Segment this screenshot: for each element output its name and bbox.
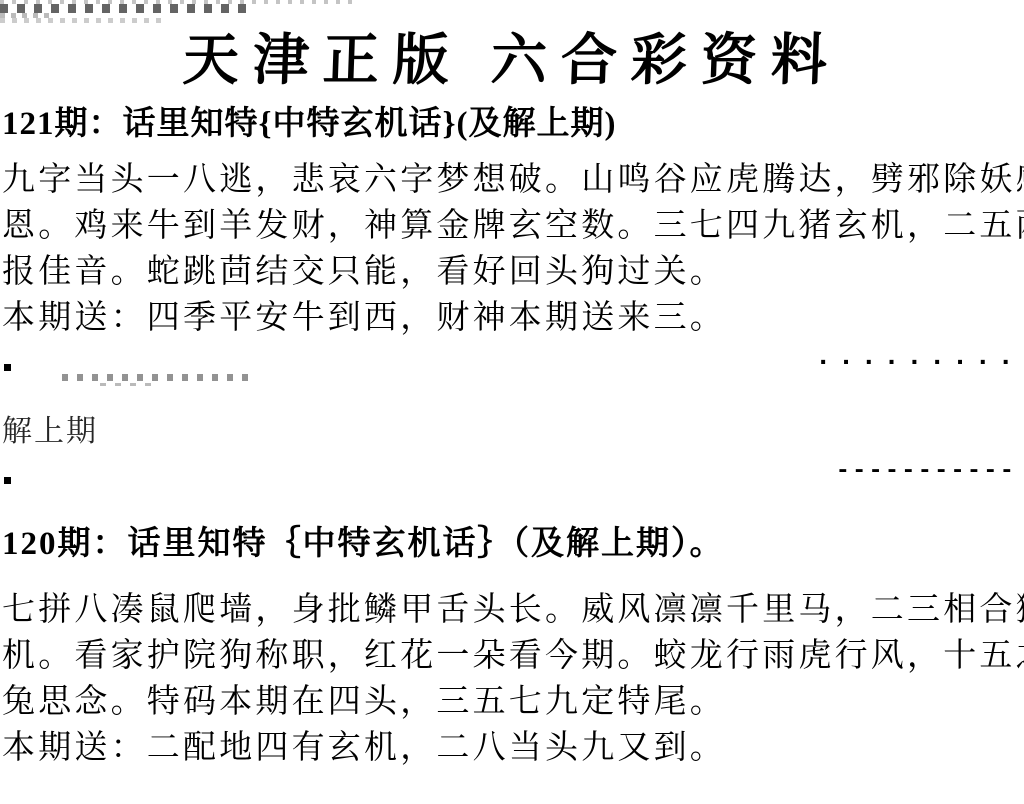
paragraph-line: 九字当头一八逃，悲哀六字梦想破。山鸣谷应虎腾达，劈邪除妖感深	[2, 157, 1024, 203]
document-page: 天津正版 六合彩资料 121期：话里知特{中特玄机话}(及解上期) 九字当头一八…	[0, 0, 1024, 804]
artifact-dot	[4, 364, 11, 371]
paragraph-line: 恩。鸡来牛到羊发财，神算金牌玄空数。三七四九猪玄机，二五两边	[2, 203, 1024, 249]
section-120-paragraph: 七拼八凑鼠爬墙，身批鳞甲舌头长。威风凛凛千里马，二三相合猴玄 机。看家护院狗称职…	[2, 587, 1024, 771]
section-121-heading: 121期：话里知特{中特玄机话}(及解上期)	[2, 97, 617, 144]
paragraph-line: 报佳音。蛇跳茴结交只能，看好回头狗过关。	[2, 249, 1024, 295]
paragraph-line: 机。看家护院狗称职，红花一朵看今期。蛟龙行雨虎行风，十五之夜	[2, 633, 1024, 679]
section-120-heading: 120期：话里知特｛中特玄机话｝（及解上期）。	[2, 517, 725, 564]
paragraph-line: 七拼八凑鼠爬墙，身批鳞甲舌头长。威风凛凛千里马，二三相合猴玄	[2, 587, 1024, 633]
erased-text-remnant	[0, 4, 248, 13]
jie-shang-qi-label: 解上期	[2, 406, 98, 450]
artifact-dot	[4, 477, 11, 484]
section-121-paragraph: 九字当头一八逃，悲哀六字梦想破。山鸣谷应虎腾达，劈邪除妖感深 恩。鸡来牛到羊发财…	[2, 157, 1024, 341]
erased-text-remnant	[62, 374, 254, 381]
erased-text-remnant	[0, 18, 168, 23]
dashed-line: -----------	[836, 458, 1016, 485]
paragraph-line: 兔思念。特码本期在四头，三五七九定特尾。	[2, 679, 1024, 725]
page-title: 天津正版 六合彩资料	[0, 16, 1024, 96]
erased-text-remnant	[100, 383, 160, 386]
paragraph-line: 本期送：二配地四有玄机，二八当头九又到。	[2, 725, 1024, 771]
paragraph-line: 本期送：四季平安牛到西，财神本期送来三。	[2, 295, 1024, 341]
dotted-line: .........	[815, 342, 1020, 373]
